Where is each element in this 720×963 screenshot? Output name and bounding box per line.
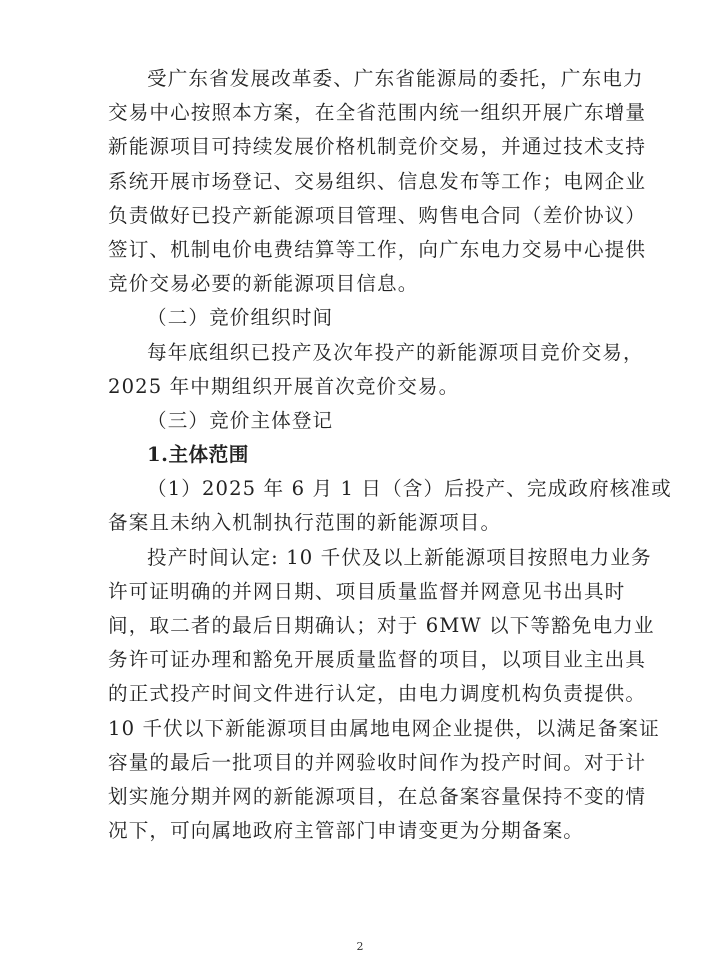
paragraph-line: 投产时间认定: 10 千伏及以上新能源项目按照电力业务 (108, 541, 618, 575)
paragraph-line: 备案且未纳入机制执行范围的新能源项目。 (108, 506, 618, 540)
paragraph-line: 务许可证办理和豁免开展质量监督的项目，以项目业主出具 (108, 643, 618, 677)
paragraph-line: 负责做好已投产新能源项目管理、购售电合同（差价协议） (108, 199, 618, 233)
paragraph-line: 2025 年中期组织开展首次竞价交易。 (108, 370, 618, 404)
section-heading: （二）竞价组织时间 (108, 301, 618, 335)
paragraph-line: 况下，可向属地政府主管部门申请变更为分期备案。 (108, 814, 618, 848)
paragraph-line: 10 千伏以下新能源项目由属地电网企业提供，以满足备案证 (108, 712, 618, 746)
paragraph-line: 竞价交易必要的新能源项目信息。 (108, 267, 618, 301)
paragraph-line: 每年底组织已投产及次年投产的新能源项目竞价交易， (108, 336, 618, 370)
paragraph-line: 签订、机制电价电费结算等工作，向广东电力交易中心提供 (108, 233, 618, 267)
page-number: 2 (0, 940, 720, 953)
paragraph-line: 的正式投产时间文件进行认定，由电力调度机构负责提供。 (108, 677, 618, 711)
paragraph-line: 交易中心按照本方案，在全省范围内统一组织开展广东增量 (108, 96, 618, 130)
paragraph-line: 新能源项目可持续发展价格机制竞价交易，并通过技术支持 (108, 130, 618, 164)
section-heading: （三）竞价主体登记 (108, 404, 618, 438)
document-page: 受广东省发展改革委、广东省能源局的委托，广东电力 交易中心按照本方案，在全省范围… (0, 0, 720, 963)
paragraph-line: 系统开展市场登记、交易组织、信息发布等工作；电网企业 (108, 165, 618, 199)
body-text: 受广东省发展改革委、广东省能源局的委托，广东电力 交易中心按照本方案，在全省范围… (108, 62, 618, 848)
paragraph-line: 受广东省发展改革委、广东省能源局的委托，广东电力 (108, 62, 618, 96)
subsection-heading: 1.主体范围 (108, 438, 618, 472)
paragraph-line: 间，取二者的最后日期确认；对于 6MW 以下等豁免电力业 (108, 609, 618, 643)
paragraph-line: 许可证明确的并网日期、项目质量监督并网意见书出具时 (108, 575, 618, 609)
paragraph-line: 容量的最后一批项目的并网验收时间作为投产时间。对于计 (108, 746, 618, 780)
paragraph-line: 划实施分期并网的新能源项目，在总备案容量保持不变的情 (108, 780, 618, 814)
paragraph-line: （1）2025 年 6 月 1 日（含）后投产、完成政府核准或 (108, 472, 618, 506)
